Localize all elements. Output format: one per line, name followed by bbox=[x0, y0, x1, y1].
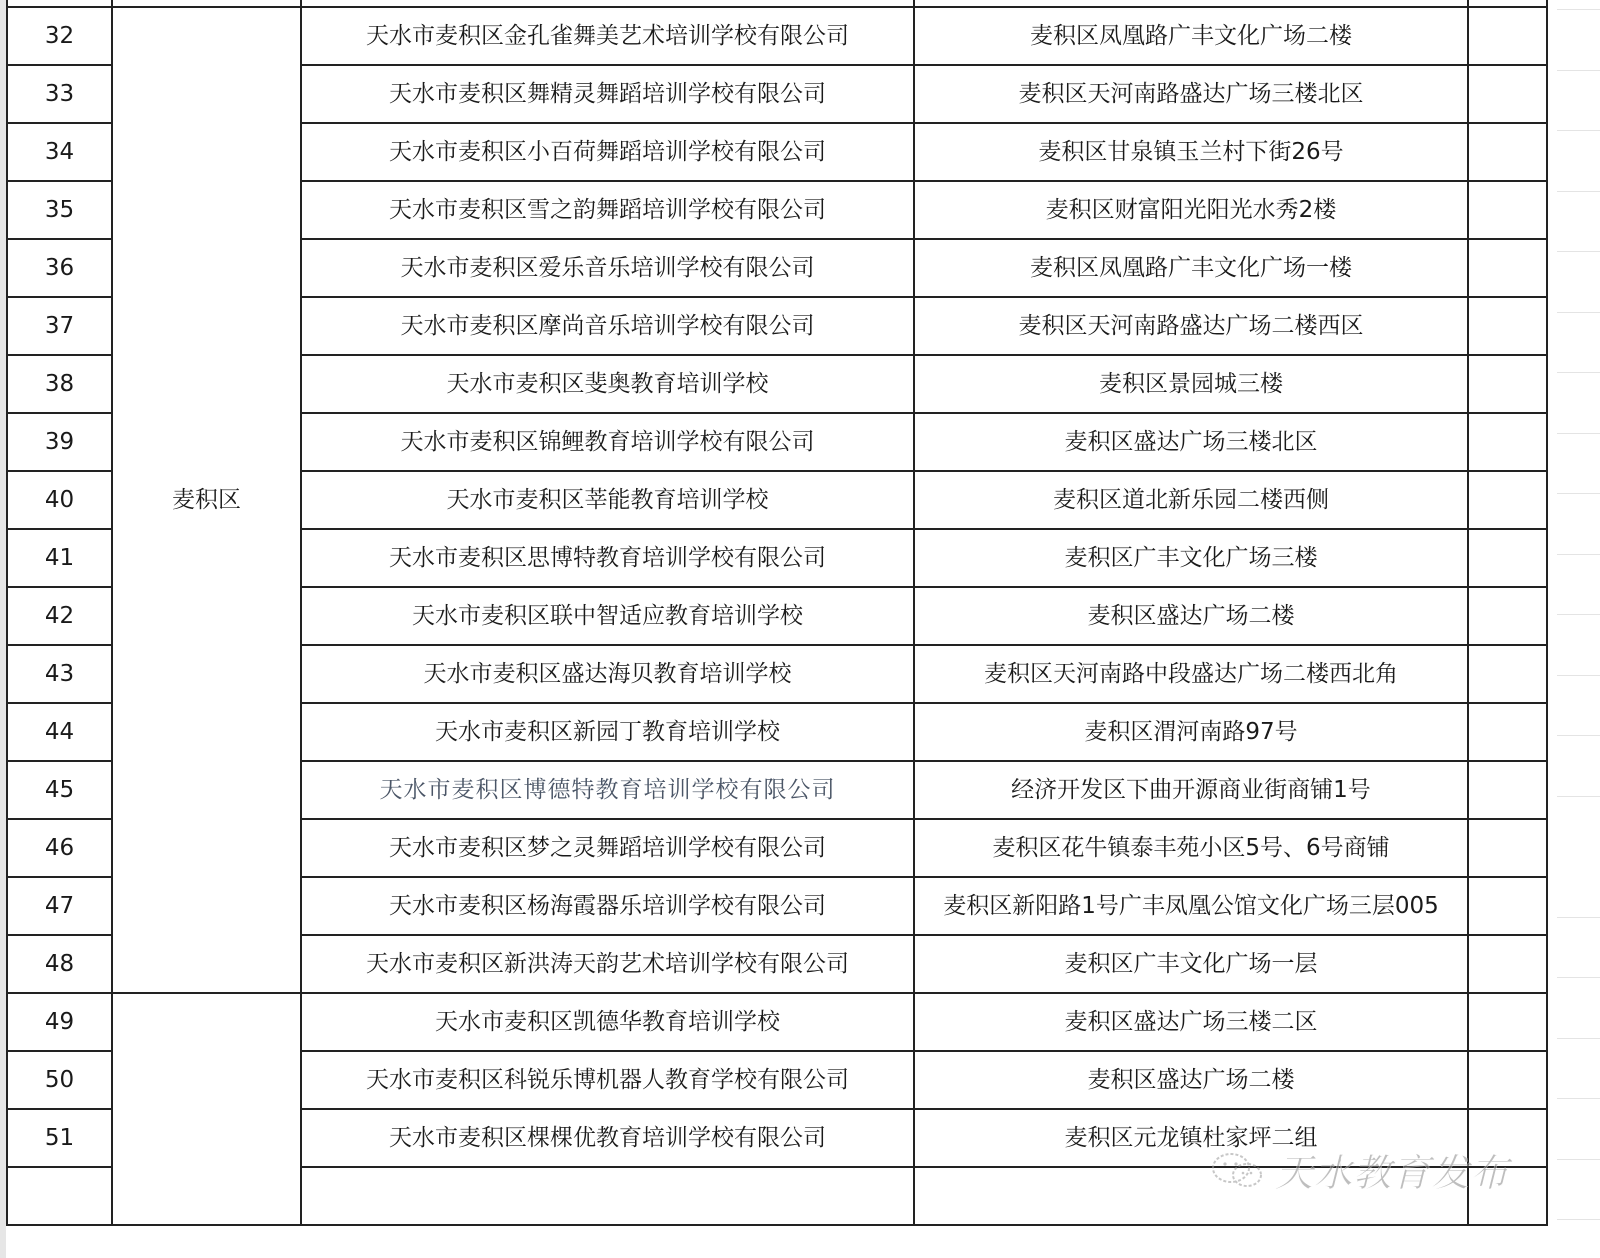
school-name-cell[interactable]: 天水市麦积区联中智适应教育培训学校 bbox=[301, 587, 914, 645]
row-number[interactable]: 36 bbox=[7, 239, 112, 297]
address-cell[interactable]: 麦积区凤凰路广丰文化广场一楼 bbox=[914, 239, 1468, 297]
address-cell[interactable]: 麦积区天河南路盛达广场三楼北区 bbox=[914, 65, 1468, 123]
row-number[interactable]: 40 bbox=[7, 471, 112, 529]
address-cell[interactable]: 麦积区天河南路中段盛达广场二楼西北角 bbox=[914, 645, 1468, 703]
remarks-cell[interactable] bbox=[1468, 0, 1547, 7]
address-cell[interactable]: 麦积区景园城三楼 bbox=[914, 355, 1468, 413]
school-name-cell[interactable]: 天水市麦积区摩尚音乐培训学校有限公司 bbox=[301, 297, 914, 355]
remarks-cell[interactable] bbox=[1468, 645, 1547, 703]
row-number[interactable]: 51 bbox=[7, 1109, 112, 1167]
spreadsheet-page: 31 32 麦积区 天水市麦积区金孔雀舞美艺术培训学校有限公司 麦积区凤凰路广丰… bbox=[0, 0, 1600, 1258]
remarks-cell[interactable] bbox=[1468, 1167, 1547, 1225]
school-name-cell[interactable]: 天水市麦积区杨海霞器乐培训学校有限公司 bbox=[301, 877, 914, 935]
remarks-cell[interactable] bbox=[1468, 529, 1547, 587]
row-number[interactable]: 49 bbox=[7, 993, 112, 1051]
remarks-cell[interactable] bbox=[1468, 935, 1547, 993]
row-number[interactable]: 42 bbox=[7, 587, 112, 645]
row-number[interactable]: 38 bbox=[7, 355, 112, 413]
remarks-cell[interactable] bbox=[1468, 1109, 1547, 1167]
school-name-cell[interactable] bbox=[301, 0, 914, 7]
school-name-cell[interactable]: 天水市麦积区斐奥教育培训学校 bbox=[301, 355, 914, 413]
remarks-cell[interactable] bbox=[1468, 471, 1547, 529]
row-number[interactable]: 34 bbox=[7, 123, 112, 181]
remarks-cell[interactable] bbox=[1468, 123, 1547, 181]
row-number[interactable]: 45 bbox=[7, 761, 112, 819]
school-name-cell[interactable] bbox=[301, 1167, 914, 1225]
row-number[interactable]: 37 bbox=[7, 297, 112, 355]
row-number[interactable]: 44 bbox=[7, 703, 112, 761]
remarks-cell[interactable] bbox=[1468, 761, 1547, 819]
remarks-cell[interactable] bbox=[1468, 703, 1547, 761]
address-cell[interactable]: 麦积区盛达广场二楼 bbox=[914, 1051, 1468, 1109]
address-cell[interactable]: 经济开发区下曲开源商业街商铺1号 bbox=[914, 761, 1468, 819]
row-number[interactable]: 31 bbox=[7, 0, 112, 7]
address-cell[interactable]: 麦积区凤凰路广丰文化广场二楼 bbox=[914, 7, 1468, 65]
school-name-cell[interactable]: 天水市麦积区爱乐音乐培训学校有限公司 bbox=[301, 239, 914, 297]
district-cell[interactable] bbox=[112, 993, 301, 1225]
address-cell[interactable]: 麦积区盛达广场二楼 bbox=[914, 587, 1468, 645]
training-schools-table: 31 32 麦积区 天水市麦积区金孔雀舞美艺术培训学校有限公司 麦积区凤凰路广丰… bbox=[6, 0, 1548, 1226]
remarks-cell[interactable] bbox=[1468, 7, 1547, 65]
address-cell[interactable]: 麦积区新阳路1号广丰凤凰公馆文化广场三层005 bbox=[914, 877, 1468, 935]
row-number[interactable]: 32 bbox=[7, 7, 112, 65]
remarks-cell[interactable] bbox=[1468, 819, 1547, 877]
address-cell[interactable]: 麦积区天河南路盛达广场二楼西区 bbox=[914, 297, 1468, 355]
school-name-cell[interactable]: 天水市麦积区盛达海贝教育培训学校 bbox=[301, 645, 914, 703]
school-name-cell[interactable]: 天水市麦积区舞精灵舞蹈培训学校有限公司 bbox=[301, 65, 914, 123]
address-cell[interactable]: 麦积区盛达广场三楼北区 bbox=[914, 413, 1468, 471]
remarks-cell[interactable] bbox=[1468, 413, 1547, 471]
school-name-cell[interactable]: 天水市麦积区莘能教育培训学校 bbox=[301, 471, 914, 529]
row-number[interactable]: 33 bbox=[7, 65, 112, 123]
address-cell[interactable]: 麦积区财富阳光阳光水秀2楼 bbox=[914, 181, 1468, 239]
address-cell[interactable]: 麦积区甘泉镇玉兰村下街26号 bbox=[914, 123, 1468, 181]
remarks-cell[interactable] bbox=[1468, 1051, 1547, 1109]
school-name-cell[interactable]: 天水市麦积区棵棵优教育培训学校有限公司 bbox=[301, 1109, 914, 1167]
school-name-cell[interactable]: 天水市麦积区思博特教育培训学校有限公司 bbox=[301, 529, 914, 587]
row-number[interactable] bbox=[7, 1167, 112, 1225]
remarks-cell[interactable] bbox=[1468, 587, 1547, 645]
row-number[interactable]: 39 bbox=[7, 413, 112, 471]
remarks-cell[interactable] bbox=[1468, 65, 1547, 123]
remarks-cell[interactable] bbox=[1468, 993, 1547, 1051]
address-cell[interactable]: 麦积区广丰文化广场三楼 bbox=[914, 529, 1468, 587]
row-number[interactable]: 43 bbox=[7, 645, 112, 703]
address-cell[interactable]: 麦积区花牛镇泰丰苑小区5号、6号商铺 bbox=[914, 819, 1468, 877]
school-name-cell[interactable]: 天水市麦积区小百荷舞蹈培训学校有限公司 bbox=[301, 123, 914, 181]
table-row: 31 bbox=[7, 0, 1547, 7]
address-cell[interactable]: 麦积区元龙镇杜家坪二组 bbox=[914, 1109, 1468, 1167]
row-number[interactable]: 46 bbox=[7, 819, 112, 877]
school-name-cell[interactable]: 天水市麦积区博德特教育培训学校有限公司 bbox=[301, 761, 914, 819]
row-number[interactable]: 48 bbox=[7, 935, 112, 993]
remarks-cell[interactable] bbox=[1468, 181, 1547, 239]
address-cell[interactable]: 麦积区广丰文化广场一层 bbox=[914, 935, 1468, 993]
remarks-cell[interactable] bbox=[1468, 297, 1547, 355]
address-cell[interactable] bbox=[914, 0, 1468, 7]
table-row: 32 麦积区 天水市麦积区金孔雀舞美艺术培训学校有限公司 麦积区凤凰路广丰文化广… bbox=[7, 7, 1547, 65]
row-number[interactable]: 50 bbox=[7, 1051, 112, 1109]
remarks-cell[interactable] bbox=[1468, 355, 1547, 413]
address-cell[interactable] bbox=[914, 1167, 1468, 1225]
table-row: 49 天水市麦积区凯德华教育培训学校 麦积区盛达广场三楼二区 bbox=[7, 993, 1547, 1051]
address-cell[interactable]: 麦积区盛达广场三楼二区 bbox=[914, 993, 1468, 1051]
row-number[interactable]: 35 bbox=[7, 181, 112, 239]
school-name-cell[interactable]: 天水市麦积区新园丁教育培训学校 bbox=[301, 703, 914, 761]
district-cell-maiji[interactable]: 麦积区 bbox=[112, 7, 301, 993]
school-name-cell[interactable]: 天水市麦积区科锐乐博机器人教育学校有限公司 bbox=[301, 1051, 914, 1109]
school-name-cell[interactable]: 天水市麦积区金孔雀舞美艺术培训学校有限公司 bbox=[301, 7, 914, 65]
remarks-cell[interactable] bbox=[1468, 877, 1547, 935]
address-cell[interactable]: 麦积区渭河南路97号 bbox=[914, 703, 1468, 761]
row-number[interactable]: 41 bbox=[7, 529, 112, 587]
remarks-cell[interactable] bbox=[1468, 239, 1547, 297]
school-name-cell[interactable]: 天水市麦积区凯德华教育培训学校 bbox=[301, 993, 914, 1051]
address-cell[interactable]: 麦积区道北新乐园二楼西侧 bbox=[914, 471, 1468, 529]
school-name-cell[interactable]: 天水市麦积区雪之韵舞蹈培训学校有限公司 bbox=[301, 181, 914, 239]
school-name-cell[interactable]: 天水市麦积区锦鲤教育培训学校有限公司 bbox=[301, 413, 914, 471]
school-name-cell[interactable]: 天水市麦积区梦之灵舞蹈培训学校有限公司 bbox=[301, 819, 914, 877]
empty-grid-area bbox=[1557, 0, 1600, 1258]
district-cell[interactable] bbox=[112, 0, 301, 7]
row-number[interactable]: 47 bbox=[7, 877, 112, 935]
school-name-cell[interactable]: 天水市麦积区新洪涛天韵艺术培训学校有限公司 bbox=[301, 935, 914, 993]
